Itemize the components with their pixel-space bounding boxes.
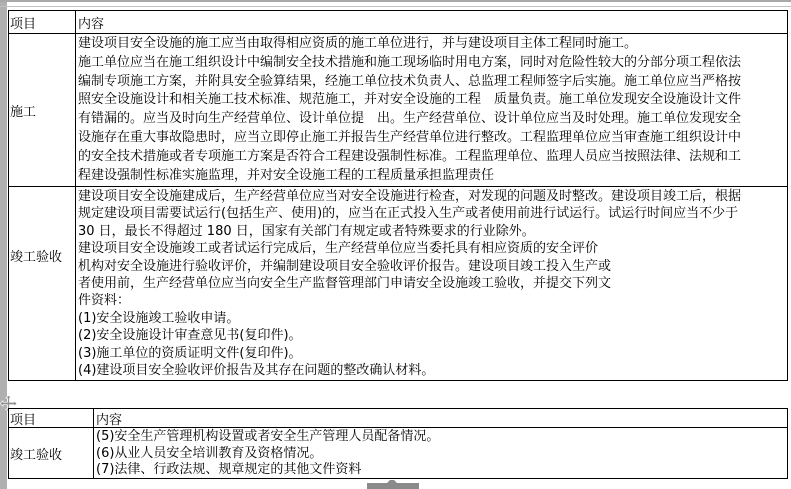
page-top-edge — [0, 0, 791, 2]
table-row-construction: 施工 建设项目安全设施的施工应当由取得相应资质的施工单位进行，并与建设项目主体工… — [9, 34, 787, 187]
text-line: 程建设强制性标准实施监理，并对安全设施工程的工程质量承担监理责任 — [78, 167, 785, 186]
table1-header-row: 项目 内容 — [9, 11, 787, 34]
safety-facility-table-1: 项目 内容 施工 建设项目安全设施的施工应当由取得相应资质的施工单位进行，并与建… — [8, 10, 788, 381]
construction-row-label: 施工 — [9, 34, 76, 186]
page-top-boundary-line — [0, 6, 791, 7]
table2-header-project-cell: 项目 — [9, 409, 94, 427]
table-row-completion-acceptance: 竣工验收 建设项目安全设施建成后，生产经营单位应当对安全设施进行检查，对发现的问… — [9, 187, 787, 380]
table1-header-content-cell: 内容 — [76, 11, 787, 33]
acceptance-row-content: 建设项目安全设施建成后，生产经营单位应当对安全设施进行检查，对发现的问题及时整改… — [76, 187, 787, 380]
text-line: 建设项目安全设施的施工应当由取得相应资质的施工单位进行，并与建设项目主体工程同时… — [78, 35, 785, 54]
text-line: 机构对安全设施进行验收评价，并编制建设项目安全验收评价报告。建设项目竣工投入生产… — [78, 258, 785, 275]
text-line: 规定建设项目需要试运行(包括生产、使用)的，应当在正式投入生产或者使用前进行试运… — [78, 205, 785, 222]
text-line: (2)安全设施设计审查意见书(复印件)。 — [78, 327, 785, 344]
table2-header-content-cell: 内容 — [94, 409, 787, 427]
table2-row-completion-acceptance: 竣工验收 (5)安全生产管理机构设置或者安全生产管理人员配备情况。(6)从业人员… — [9, 428, 787, 478]
scrollbar-thumb-notch — [385, 480, 399, 483]
text-line: 者使用前，生产经营单位应当向安全生产监督管理部门申请安全设施竣工验收，并提交下列… — [78, 275, 785, 292]
text-line: 有错漏的。应当及时向生产经营单位、设计单位提 出。生产经营单位、设计单位应当及时… — [78, 110, 785, 129]
acceptance-row-label: 竣工验收 — [9, 187, 76, 380]
text-line: (5)安全生产管理机构设置或者安全生产管理人员配备情况。 — [96, 429, 785, 446]
text-line: 施工单位应当在施工组织设计中编制安全技术措施和施工现场临时用电方案，同时对危险性… — [78, 54, 785, 73]
construction-row-content: 建设项目安全设施的施工应当由取得相应资质的施工单位进行，并与建设项目主体工程同时… — [76, 34, 787, 186]
text-line: 建设项目安全设施竣工或者试运行完成后，生产经营单位应当委托具有相应资质的安全评价 — [78, 240, 785, 257]
text-line: 编制专项施工方案，并附具安全验算结果，经施工单位技术负责人、总监理工程师签字后实… — [78, 73, 785, 92]
text-line: 件资料： — [78, 292, 785, 309]
text-line: (3)施工单位的资质证明文件(复印件)。 — [78, 345, 785, 362]
scrollbar-thumb[interactable] — [367, 483, 419, 489]
text-line: 照安全设施设计和相关施工技术标准、规范施工，并对安全设施的工程 质量负责。施工单… — [78, 91, 785, 110]
text-line: 建设项目安全设施建成后，生产经营单位应当对安全设施进行检查，对发现的问题及时整改… — [78, 188, 785, 205]
page-left-margin-strip — [0, 0, 7, 489]
text-line: 30 日，最长不得超过 180 日，国家有关部门有规定或者特殊要求的行业除外。 — [78, 223, 785, 240]
table2-acceptance-row-label: 竣工验收 — [9, 428, 94, 478]
table1-header-project-cell: 项目 — [9, 11, 76, 33]
table2-header-row: 项目 内容 — [9, 409, 787, 428]
safety-facility-table-2: 项目 内容 竣工验收 (5)安全生产管理机构设置或者安全生产管理人员配备情况。(… — [8, 408, 788, 479]
text-line: 设施存在重大事故隐患时，应当立即停止施工并报告生产经营单位进行整改。工程监理单位… — [78, 129, 785, 148]
text-line: (6)从业人员安全培训教育及资格情况。 — [96, 446, 785, 463]
text-line: (4)建设项目安全验收评价报告及其存在问题的整改确认材料。 — [78, 362, 785, 379]
acceptance-row-label-text: 竣工验收 — [10, 246, 62, 265]
text-line: (7)法律、行政法规、规章规定的其他文件资料 — [96, 462, 785, 478]
text-line: (1)安全设施竣工验收申请。 — [78, 310, 785, 327]
table2-acceptance-row-content: (5)安全生产管理机构设置或者安全生产管理人员配备情况。(6)从业人员安全培训教… — [94, 428, 787, 478]
text-line: 的安全技术措施或者专项施工方案是否符合工程建设强制性标准。工程监理单位、监理人员… — [78, 148, 785, 167]
